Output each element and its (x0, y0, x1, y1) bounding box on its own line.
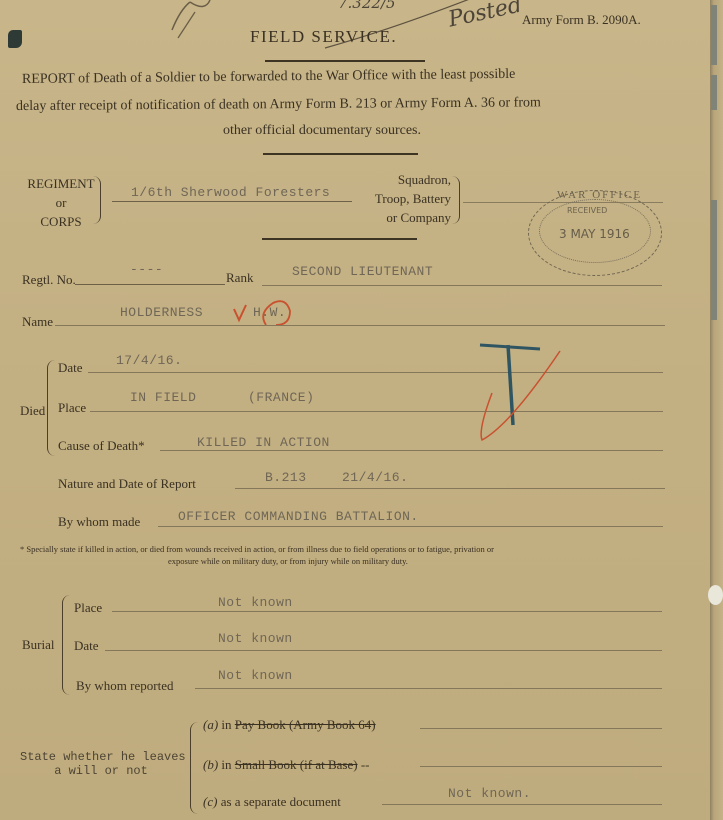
will-a-line (420, 728, 662, 729)
died-date-line (88, 372, 663, 373)
pencil-tick-mark (470, 335, 570, 445)
regtl-no-value[interactable]: ---- (130, 262, 163, 277)
report-by-whom-label: By whom made (58, 514, 140, 530)
intro-line-3: other official documentary sources. (223, 123, 421, 139)
cause-label: Cause of Death* (58, 438, 145, 454)
war-office-stamp: WAR OFFICE RECEIVED 3 MAY 1916 (528, 190, 662, 276)
burial-reported-value[interactable]: Not known (218, 668, 293, 683)
stamp-line1: WAR OFFICE (557, 189, 642, 201)
report-by-whom-line (158, 526, 663, 527)
report-by-whom-value[interactable]: OFFICER COMMANDING BATTALION. (178, 509, 419, 524)
regiment-divider (262, 238, 417, 240)
burial-label: Burial (22, 637, 55, 653)
will-option-c: (c) as a separate document (203, 794, 341, 810)
will-b-line (420, 766, 662, 767)
regiment-label-line3: CORPS (22, 212, 100, 231)
will-c-value[interactable]: Not known. (448, 786, 531, 801)
died-place-line (90, 411, 663, 412)
unit-brace (452, 176, 460, 224)
stamp-date: 3 MAY 1916 (559, 227, 630, 241)
will-b-prefix: in (221, 757, 231, 772)
will-a-struck-text: Pay Book (Army Book 64) (235, 717, 376, 732)
unit-label-line2: Troop, Battery (347, 189, 451, 208)
died-place-value[interactable]: IN FIELD (130, 390, 196, 405)
died-label: Died (20, 403, 45, 419)
will-c-marker: (c) (203, 794, 217, 809)
will-b-marker: (b) (203, 757, 218, 772)
regiment-brace (92, 176, 101, 224)
burial-place-label: Place (74, 600, 102, 616)
burial-date-line (105, 650, 662, 651)
paper-clip-hole-icon (708, 585, 723, 605)
died-place-label: Place (58, 400, 86, 416)
report-nature-label: Nature and Date of Report (58, 476, 196, 492)
will-brace (190, 722, 199, 814)
will-label-line1: State whether he leaves (20, 750, 182, 764)
rank-label: Rank (226, 270, 253, 286)
burial-date-label: Date (74, 638, 99, 654)
will-label: State whether he leaves a will or not (20, 750, 182, 778)
died-date-label: Date (58, 360, 83, 376)
will-b-struck-text: Small Book (if at Base) (235, 757, 358, 772)
regtl-no-label: Regtl. No. (22, 272, 76, 288)
will-b-suffix: -- (361, 757, 370, 772)
burial-brace (62, 595, 71, 695)
footnote-line1: * Specially state if killed in action, o… (20, 544, 494, 554)
burial-reported-label: By whom reported (76, 678, 173, 694)
page-title: FIELD SERVICE. (250, 27, 397, 47)
burial-place-value[interactable]: Not known (218, 595, 293, 610)
burial-date-value[interactable]: Not known (218, 631, 293, 646)
footnote-line2: exposure while on military duty, or from… (168, 556, 408, 566)
page-edge (710, 0, 723, 820)
report-nature-date[interactable]: 21/4/16. (342, 470, 408, 485)
rank-line (262, 285, 662, 286)
will-option-a: (a) in Pay Book (Army Book 64) (203, 717, 376, 733)
unit-label: Squadron, Troop, Battery or Company (347, 170, 451, 227)
will-c-line (382, 804, 662, 805)
died-date-value[interactable]: 17/4/16. (116, 353, 182, 368)
will-a-marker: (a) (203, 717, 218, 732)
regiment-label-line2: or (22, 193, 100, 212)
regiment-label: REGIMENT or CORPS (22, 174, 100, 231)
regtl-no-line (75, 284, 225, 285)
name-line (55, 325, 665, 326)
name-label: Name (22, 314, 53, 330)
burial-place-line (112, 611, 662, 612)
unit-label-line3: or Company (347, 208, 451, 227)
handwritten-reference: 7.322/5 (338, 0, 396, 12)
burial-reported-line (195, 688, 662, 689)
binder-hole-icon (8, 30, 22, 48)
will-a-prefix: in (221, 717, 231, 732)
form-page: 7.322/5 Posted Army Form B. 2090A. FIELD… (0, 0, 710, 820)
will-label-line2: a will or not (20, 764, 182, 778)
will-c-label: as a separate document (221, 794, 341, 809)
intro-divider (263, 153, 418, 155)
cause-value[interactable]: KILLED IN ACTION (197, 435, 330, 450)
died-place-extra[interactable]: (FRANCE) (248, 390, 314, 405)
stamp-line2: RECEIVED (567, 206, 607, 215)
intro-line-2: delay after receipt of notification of d… (16, 95, 541, 115)
form-number: Army Form B. 2090A. (522, 12, 641, 28)
will-option-b: (b) in Small Book (if at Base) -- (203, 757, 369, 773)
regiment-line (112, 201, 352, 202)
regiment-value[interactable]: 1/6th Sherwood Foresters (131, 185, 330, 200)
report-nature-line (235, 488, 665, 489)
name-value[interactable]: HOLDERNESS (120, 305, 203, 320)
rank-value[interactable]: SECOND LIEUTENANT (292, 264, 433, 279)
handwritten-posted-note: Posted (446, 0, 524, 32)
report-nature-value[interactable]: B.213 (265, 470, 307, 485)
unit-label-line1: Squadron, (347, 170, 451, 189)
cause-line (160, 450, 663, 451)
regiment-label-line1: REGIMENT (22, 174, 100, 193)
intro-line-1: REPORT of Death of a Soldier to be forwa… (22, 67, 516, 88)
title-divider (265, 60, 425, 62)
died-brace (47, 360, 56, 456)
